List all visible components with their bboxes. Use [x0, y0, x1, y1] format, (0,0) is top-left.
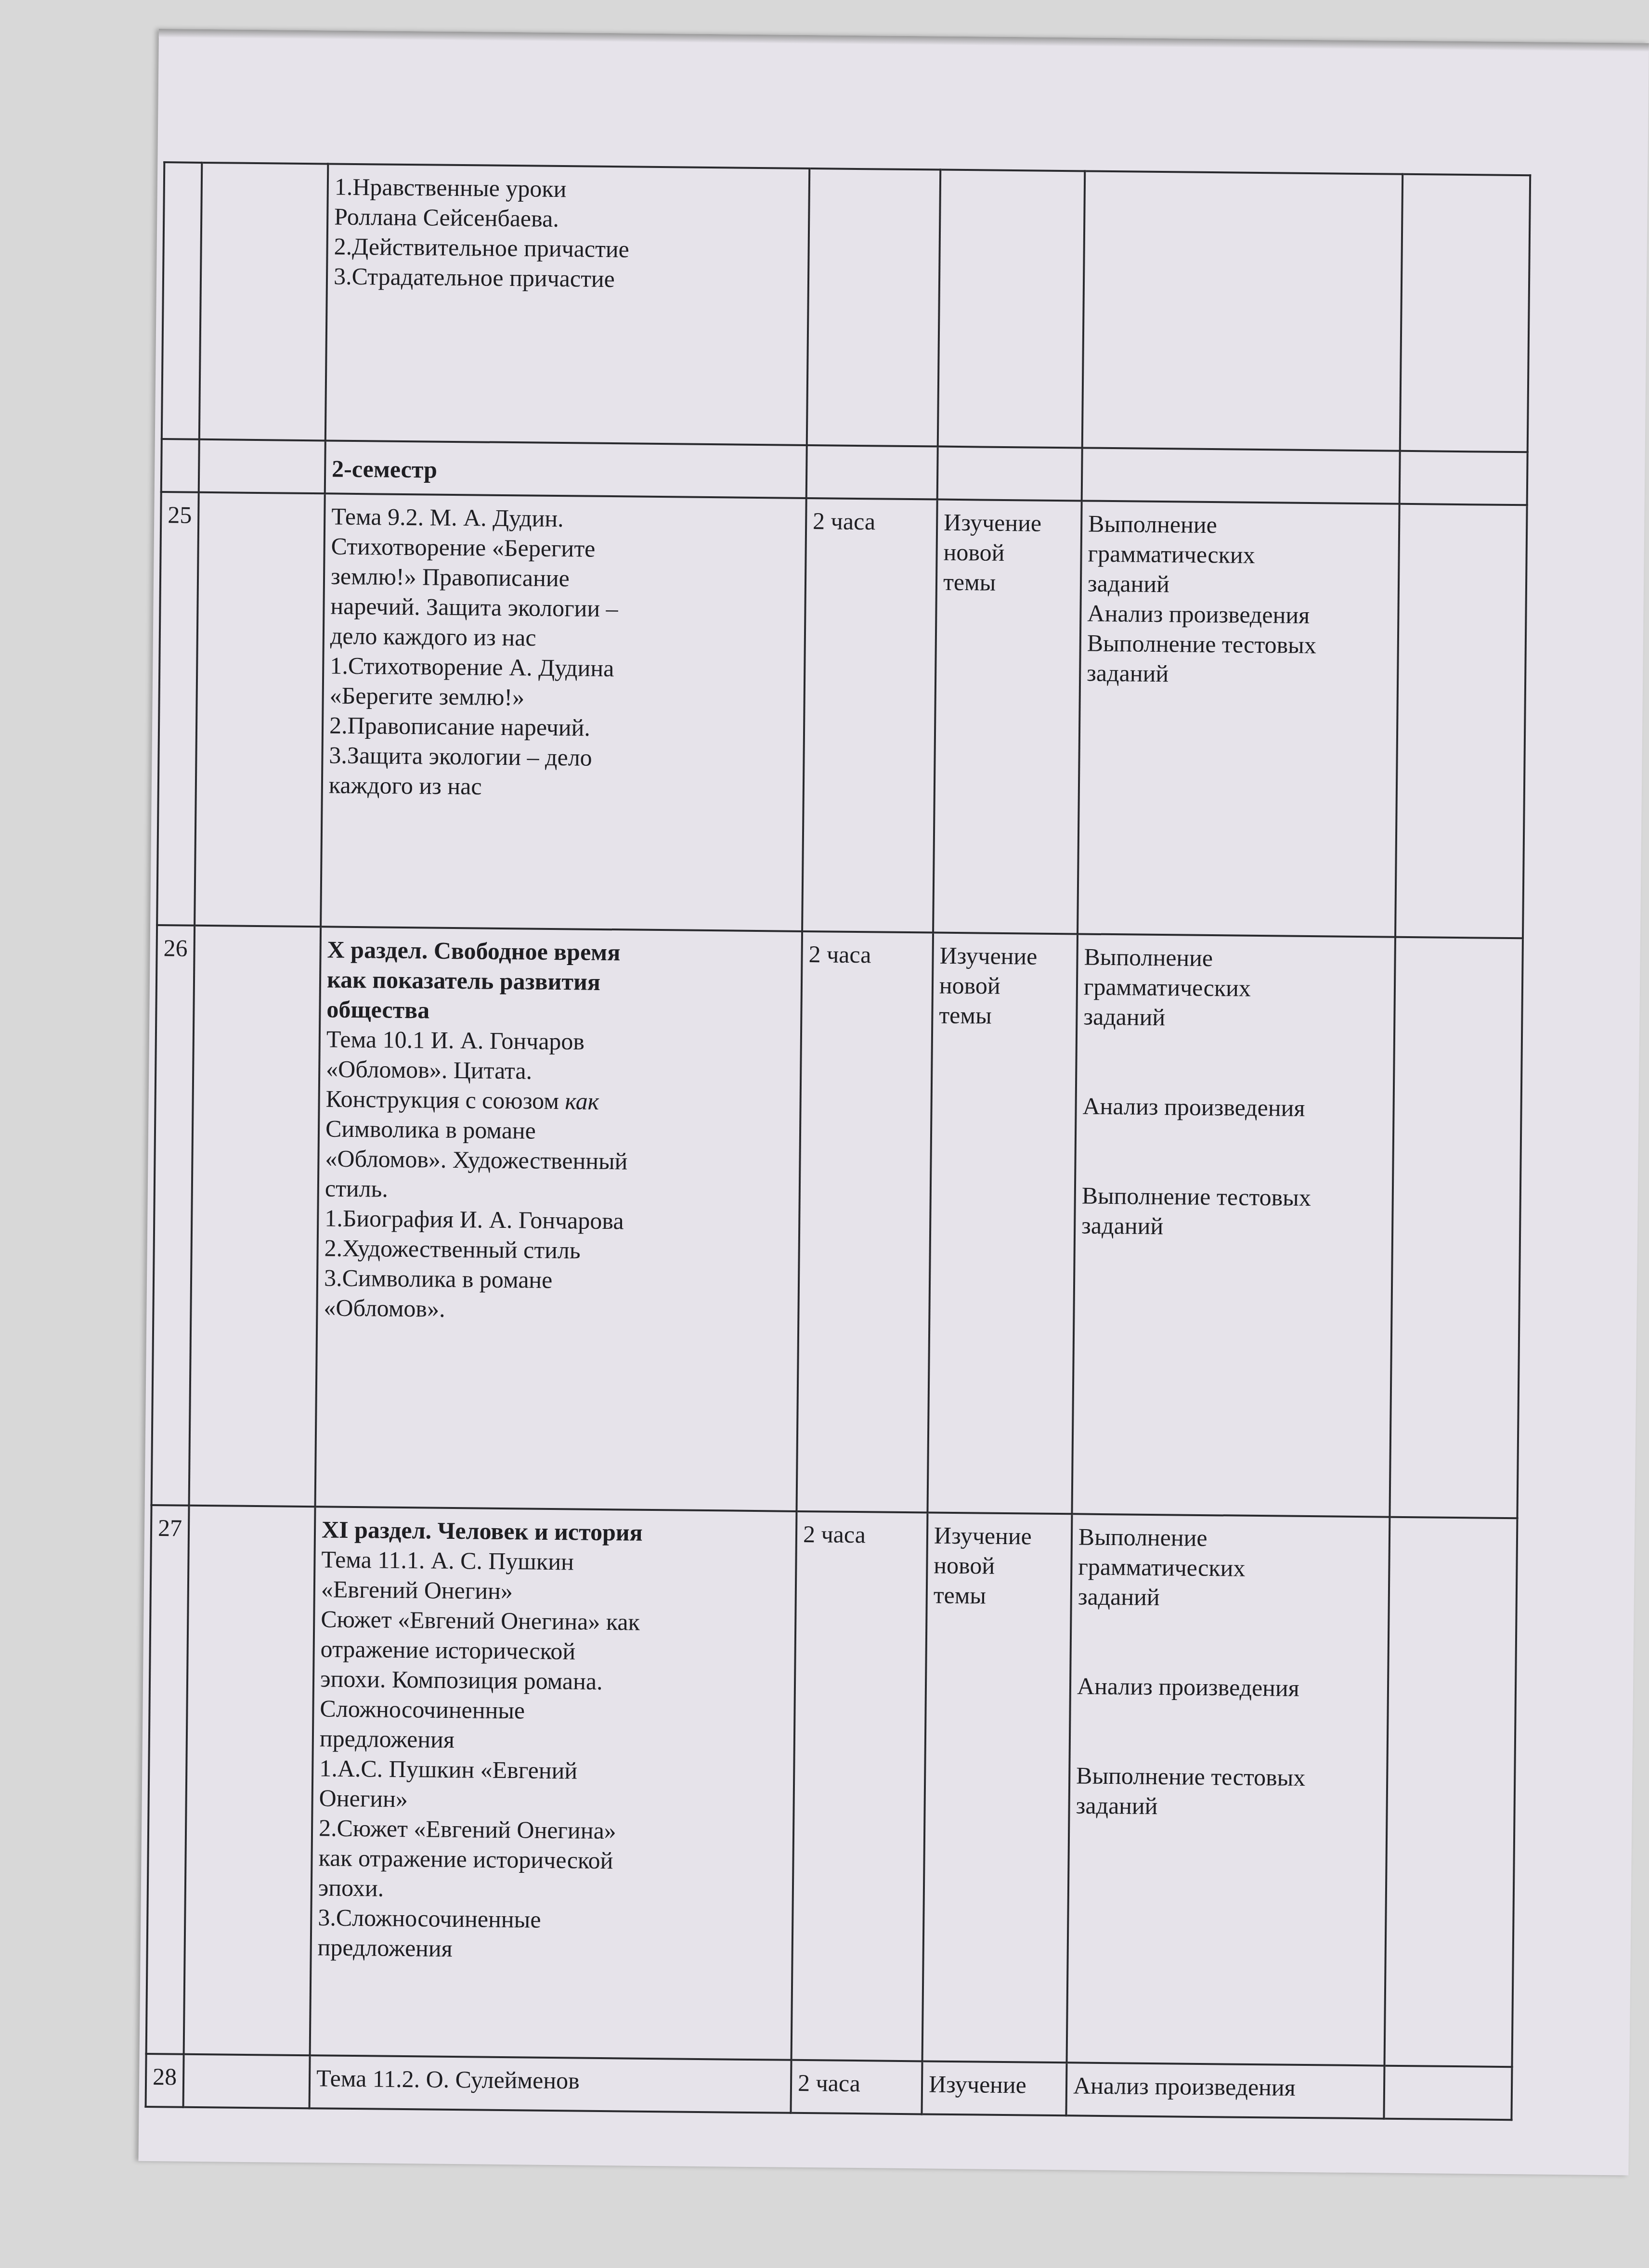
- section-heading: как показатель развития: [327, 964, 795, 998]
- cell-topic: X раздел. Свободное время как показатель…: [315, 927, 803, 1511]
- cell-lesson-type: [938, 170, 1085, 448]
- cell-num: [162, 162, 202, 439]
- table-row: 27 XI раздел. Человек и история Тема 11.…: [146, 1505, 1518, 2067]
- section-heading: XI раздел. Человек и история: [322, 1514, 790, 1548]
- cell-topic: XI раздел. Человек и история Тема 11.1. …: [310, 1507, 797, 2060]
- cell-notes: [1389, 937, 1523, 1518]
- topic-line: 3.Страдательное причастие: [334, 261, 802, 296]
- cell-lesson-type: Изучение новой темы: [927, 933, 1078, 1514]
- table-row: 26 X раздел. Свободное время как показат…: [152, 925, 1523, 1518]
- table-row-continuation: 1.Нравственные уроки Роллана Сейсенбаева…: [162, 162, 1530, 452]
- cell-activities: [1082, 171, 1402, 451]
- cell-hours: 2 часа: [791, 2060, 922, 2114]
- cell-hours: [807, 168, 941, 447]
- cell-lesson-type: Изучение новой темы: [933, 500, 1082, 934]
- cell-notes: [1384, 1517, 1517, 2067]
- row-number: 26: [152, 925, 195, 1506]
- section-heading: X раздел. Свободное время: [327, 934, 795, 968]
- cell-activities: Выполнение грамматических заданий Анализ…: [1072, 934, 1395, 1517]
- row-number: 27: [146, 1505, 189, 2054]
- cell-date: [183, 2054, 310, 2109]
- cell-topic: Тема 9.2. М. А. Дудин. Стихотворение «Бе…: [321, 493, 806, 931]
- topic-line: 2.Действительное причастие: [334, 232, 802, 266]
- cell-lesson-type: Изучение: [922, 2061, 1066, 2115]
- cell-hours: 2 часа: [802, 498, 937, 933]
- topic-line: Роллана Сейсенбаева.: [334, 202, 803, 236]
- cell-notes: [1384, 2066, 1512, 2120]
- cell-date: [189, 926, 321, 1507]
- cell-topic: 1.Нравственные уроки Роллана Сейсенбаева…: [325, 164, 809, 445]
- cell-activities: Анализ произведения: [1066, 2062, 1384, 2118]
- row-number: 25: [157, 492, 199, 926]
- cell-date: [184, 1506, 315, 2055]
- row-number: 28: [146, 2054, 184, 2107]
- cell-activities: Выполнение грамматических заданий Анализ…: [1067, 1514, 1390, 2065]
- cell-notes: [1400, 174, 1531, 452]
- cell-activities: Выполнение грамматических заданий Анализ…: [1078, 501, 1400, 937]
- scanned-page: 1.Нравственные уроки Роллана Сейсенбаева…: [138, 29, 1649, 2176]
- semester-label: 2-семестр: [325, 440, 807, 498]
- cell-topic: Тема 11.2. О. Сулейменов: [310, 2055, 792, 2113]
- table-row: 25 Тема 9.2. М. А. Дудин. Стихотворение …: [157, 492, 1527, 938]
- curriculum-table: 1.Нравственные уроки Роллана Сейсенбаева…: [145, 161, 1532, 2121]
- cell-hours: 2 часа: [792, 1511, 928, 2062]
- cell-hours: 2 часа: [796, 931, 933, 1513]
- cell-notes: [1395, 504, 1527, 939]
- section-heading: общества: [326, 994, 795, 1028]
- cell-date: [195, 492, 325, 927]
- topic-line: 1.Нравственные уроки: [335, 172, 803, 206]
- cell-date: [199, 163, 328, 440]
- cell-lesson-type: Изучение новой темы: [922, 1512, 1072, 2062]
